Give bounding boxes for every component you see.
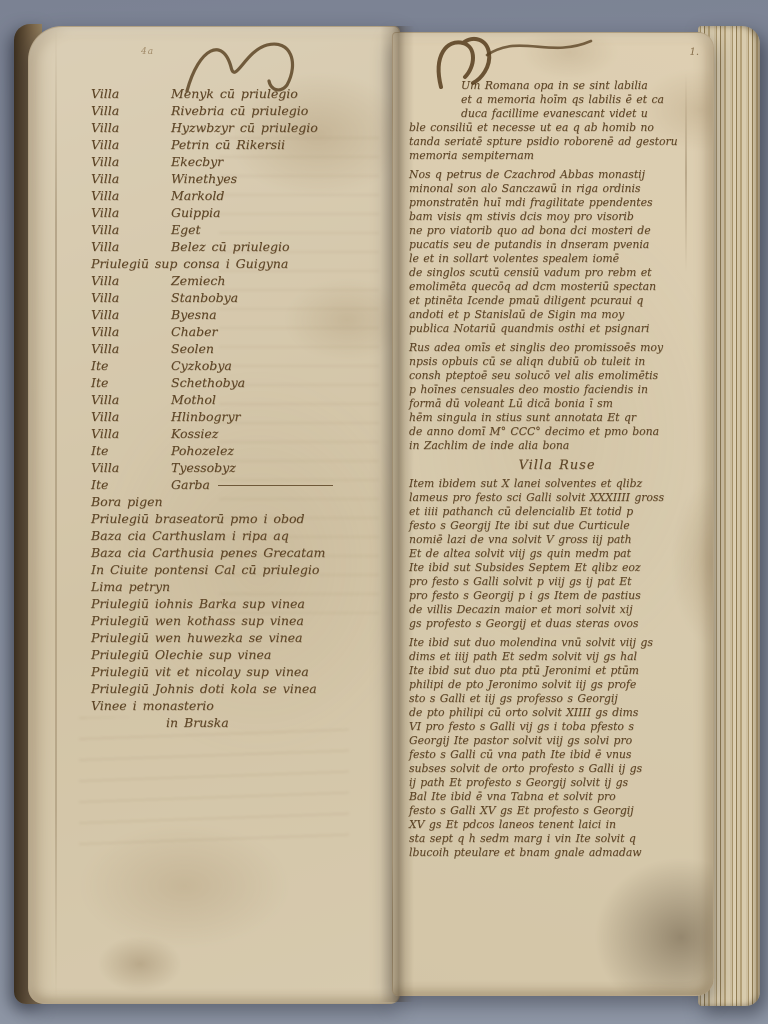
- entry-label: Villa: [91, 306, 171, 323]
- text-line: Ite ibid sut Subsides Septem Et qlibz eo…: [409, 561, 705, 575]
- text-line: publica Notariū quandmis osthi et psigna…: [409, 322, 705, 336]
- entry-name: Priulegiū wen huwezka se vinea: [91, 630, 303, 645]
- text-line: npsis opbuis cū se aliqn dubiū ob tuleit…: [409, 355, 705, 369]
- entry-name: Mothol: [171, 392, 216, 407]
- list-item: Priulegiū vit et nicolay sup vinea: [91, 663, 391, 680]
- entry-name: Belez cū priulegio: [171, 239, 290, 254]
- entry-label: Villa: [91, 340, 171, 357]
- latin-text: Um Romana opa in se sint labiliaet a mem…: [409, 79, 705, 860]
- folio-number: 1.: [689, 47, 699, 58]
- text-line: gs profesto s Georgij et duas steras ovo…: [409, 617, 705, 631]
- text-line: consh pteptoē seu solucō vel alis emolim…: [409, 369, 705, 383]
- text-line: pucatis seu de putandis in dnseram pveni…: [409, 238, 705, 252]
- list-item: VillaWinethyes: [91, 170, 391, 187]
- entry-label: Villa: [91, 221, 171, 238]
- entry-name: Hyzwbzyr cū priulegio: [171, 120, 318, 135]
- entry-name: Winethyes: [171, 171, 237, 186]
- entry-name: Priulegiū sup consa i Guigyna: [91, 256, 288, 271]
- list-item: VillaEget: [91, 221, 391, 238]
- text-line: emolimēta quecōq ad dcm mosteriū spectan: [409, 280, 705, 294]
- text-line: duca facillime evanescant videt u: [409, 107, 705, 121]
- list-item: VillaGuippia: [91, 204, 391, 221]
- text-line: et a memoria hoīm qs labilis ē et ca: [409, 93, 705, 107]
- list-item: Priulegiū wen huwezka se vinea: [91, 629, 391, 646]
- list-item: Bora pigen: [91, 493, 391, 510]
- list-item: Priulegiū Johnis doti kola se vinea: [91, 680, 391, 697]
- text-line: Villa Ruse: [409, 459, 705, 473]
- entry-name: Markold: [171, 188, 224, 203]
- list-item: VillaMothol: [91, 391, 391, 408]
- entry-name: Pohozelez: [171, 443, 234, 458]
- text-line: pro festo s Galli solvit p viij gs ij pa…: [409, 575, 705, 589]
- text-line: Item ibidem sut X lanei solventes et qli…: [409, 477, 705, 491]
- text-line: Ite ibid sut duo molendina vnū solvit vi…: [409, 636, 705, 650]
- list-item: VillaSeolen: [91, 340, 391, 357]
- list-item: Vinee i monasterio: [91, 697, 391, 714]
- text-line: Nos q petrus de Czachrod Abbas monastij: [409, 168, 705, 182]
- text-line: memoria sempiternam: [409, 149, 705, 163]
- text-line: andoti et p Stanislaū de Sigin ma moy: [409, 308, 705, 322]
- list-item: In Ciuite pontensi Cal cū priulegio: [91, 561, 391, 578]
- entry-name: Baza cia Carthuslam i ripa aq: [91, 528, 289, 543]
- entry-label: Ite: [91, 442, 171, 459]
- text-line: sto s Galli et iij gs professo s Georgij: [409, 692, 705, 706]
- entry-name: Priulegiū braseatorū pmo i obod: [91, 511, 304, 526]
- text-line: VI pro festo s Galli vij gs i toba pfest…: [409, 720, 705, 734]
- text-line: ne pro viatorib quo ad bona dci mosteri …: [409, 224, 705, 238]
- entry-label: Villa: [91, 323, 171, 340]
- text-line: Bal Ite ibid ē vna Tabna et solvit pro: [409, 790, 705, 804]
- list-item: Baza cia Carthuslam i ripa aq: [91, 527, 391, 544]
- entry-name: Seolen: [171, 341, 214, 356]
- entry-label: Villa: [91, 204, 171, 221]
- entry-label: Villa: [91, 425, 171, 442]
- entry-name: Guippia: [171, 205, 221, 220]
- entry-name: Rivebria cū priulegio: [171, 103, 308, 118]
- entry-name: Priulegiū Johnis doti kola se vinea: [91, 681, 317, 696]
- text-line: Rus adea omīs et singlis deo promissoēs …: [409, 341, 705, 355]
- text-line: Ite ibid sut duo pta ptū Jeronimi et ptū…: [409, 664, 705, 678]
- list-item: ItePohozelez: [91, 442, 391, 459]
- entry-label: Villa: [91, 85, 171, 102]
- list-item: IteSchethobya: [91, 374, 391, 391]
- list-item: in Bruska: [91, 714, 391, 731]
- list-item: Priulegiū braseatorū pmo i obod: [91, 510, 391, 527]
- entry-name: Cyzkobya: [171, 358, 232, 373]
- list-item: VillaStanbobya: [91, 289, 391, 306]
- text-line: pmonstratēn huī mdi fragilitate ppendent…: [409, 196, 705, 210]
- entry-name: Stanbobya: [171, 290, 238, 305]
- entry-name: in Bruska: [166, 715, 229, 730]
- entry-label: Villa: [91, 119, 171, 136]
- text-line: festo s Galli cū vna path Ite ibid ē vnu…: [409, 748, 705, 762]
- text-line: nomiē lazi de vna solvit V gross iij pat…: [409, 533, 705, 547]
- list-item: VillaKossiez: [91, 425, 391, 442]
- entry-name: Petrin cū Rikersii: [171, 137, 285, 152]
- entry-name: Vinee i monasterio: [91, 698, 214, 713]
- list-item: Priulegiū iohnis Barka sup vinea: [91, 595, 391, 612]
- entry-name: Ekecbyr: [171, 154, 223, 169]
- photo-backdrop: 4a VillaMenyk cū priulegio VillaRivebria…: [0, 0, 768, 1024]
- entry-name: Byesna: [171, 307, 217, 322]
- entry-name: Garba: [171, 477, 333, 492]
- text-line: bam visis qm stivis dcis moy pro visorib: [409, 210, 705, 224]
- entry-name: Kossiez: [171, 426, 218, 441]
- list-item: VillaEkecbyr: [91, 153, 391, 170]
- entry-label: Villa: [91, 391, 171, 408]
- text-line: Et de altea solvit viij gs quin medm pat: [409, 547, 705, 561]
- corner-annotation: 4a: [141, 47, 154, 57]
- entry-name: Priulegiū Olechie sup vinea: [91, 647, 271, 662]
- text-line: philipi de pto Jeronimo solvit iij gs pr…: [409, 678, 705, 692]
- list-item: VillaHyzwbzyr cū priulegio: [91, 119, 391, 136]
- entry-label: Villa: [91, 408, 171, 425]
- text-line: sta sept q h sedm marg i vin Ite solvit …: [409, 832, 705, 846]
- text-line: minonal son alo Sanczawū in riga ordinis: [409, 182, 705, 196]
- entry-label: Ite: [91, 374, 171, 391]
- manuscript-book: 4a VillaMenyk cū priulegio VillaRivebria…: [14, 18, 762, 1010]
- text-line: le et in sollart volentes spealem iomē: [409, 252, 705, 266]
- text-line: in Zachlim de inde alia bona: [409, 439, 705, 453]
- list-item: VillaByesna: [91, 306, 391, 323]
- entry-label: Villa: [91, 459, 171, 476]
- text-line: p hoīnes censuales deo mostio faciendis …: [409, 383, 705, 397]
- list-item: VillaChaber: [91, 323, 391, 340]
- entry-label: Villa: [91, 187, 171, 204]
- entry-name: Bora pigen: [91, 494, 163, 509]
- text-line: de pto philipi cū orto solvit XIIII gs d…: [409, 706, 705, 720]
- entry-label: Villa: [91, 238, 171, 255]
- text-line: de villis Decazin maior et mori solvit x…: [409, 603, 705, 617]
- text-line: dims et iiij path Et sedm solvit vij gs …: [409, 650, 705, 664]
- list-item: Lima petryn: [91, 578, 391, 595]
- list-item: VillaBelez cū priulegio: [91, 238, 391, 255]
- left-page: 4a VillaMenyk cū priulegio VillaRivebria…: [28, 26, 400, 1004]
- list-item: Baza cia Carthusia penes Grecatam: [91, 544, 391, 561]
- text-line: ble consiliū et necesse ut ea q ab homib…: [409, 121, 705, 135]
- entry-name: Zemiech: [171, 273, 225, 288]
- entry-label: Ite: [91, 476, 171, 493]
- text-line: ij path Et profesto s Georgij solvit ij …: [409, 776, 705, 790]
- list-item: VillaMenyk cū priulegio: [91, 85, 391, 102]
- entry-label: Villa: [91, 136, 171, 153]
- text-line: festo s Galli XV gs Et profesto s Georgi…: [409, 804, 705, 818]
- text-line: formā dū voleant Lū dicā bonia ī sm: [409, 397, 705, 411]
- list-item: VillaRivebria cū priulegio: [91, 102, 391, 119]
- list-item: VillaTyessobyz: [91, 459, 391, 476]
- entry-label: Ite: [91, 357, 171, 374]
- gutter-shadow: [380, 26, 414, 1002]
- text-line: hēm singula in stius sunt annotata Et qr: [409, 411, 705, 425]
- text-line: et iiii pathanch cū delencialib Et totid…: [409, 505, 705, 519]
- list-item: IteGarba: [91, 476, 391, 493]
- text-line: de anno domī M° CCC° decimo et pmo bona: [409, 425, 705, 439]
- entry-name: Priulegiū vit et nicolay sup vinea: [91, 664, 309, 679]
- entry-name: In Ciuite pontensi Cal cū priulegio: [91, 562, 319, 577]
- entry-label: Villa: [91, 170, 171, 187]
- text-line: Um Romana opa in se sint labilia: [409, 79, 705, 93]
- page-crease: [55, 27, 57, 1003]
- entry-name: Tyessobyz: [171, 460, 236, 475]
- list-item: VillaPetrin cū Rikersii: [91, 136, 391, 153]
- entry-name: Chaber: [171, 324, 217, 339]
- list-item: Priulegiū Olechie sup vinea: [91, 646, 391, 663]
- list-item: Priulegiū wen kothass sup vinea: [91, 612, 391, 629]
- list-item: Priulegiū sup consa i Guigyna: [91, 255, 391, 272]
- entry-name: Menyk cū priulegio: [171, 86, 298, 101]
- text-line: Georgij Ite pastor solvit viij gs solvi …: [409, 734, 705, 748]
- list-item: VillaMarkold: [91, 187, 391, 204]
- text-line: de singlos scutū censiū vadum pro rebm e…: [409, 266, 705, 280]
- list-item: VillaZemiech: [91, 272, 391, 289]
- entry-label: Villa: [91, 153, 171, 170]
- text-line: XV gs Et pdcos laneos tenent laici in: [409, 818, 705, 832]
- text-line: lameus pro festo sci Galli solvit XXXIII…: [409, 491, 705, 505]
- text-line: pro festo s Georgij p i gs Item de pasti…: [409, 589, 705, 603]
- entry-label: Villa: [91, 102, 171, 119]
- text-line: festo s Georgij Ite ibi sut due Curticul…: [409, 519, 705, 533]
- entry-name: Eget: [171, 222, 201, 237]
- entry-name: Priulegiū iohnis Barka sup vinea: [91, 596, 305, 611]
- list-item: IteCyzkobya: [91, 357, 391, 374]
- entry-name: Baza cia Carthusia penes Grecatam: [91, 545, 325, 560]
- entry-name: Hlinbogryr: [171, 409, 241, 424]
- villa-list: VillaMenyk cū priulegio VillaRivebria cū…: [91, 85, 391, 731]
- ink-bleedthrough: [79, 717, 349, 847]
- text-line: lbucoih pteulare et bnam gnale admadaw: [409, 846, 705, 860]
- entry-label: Villa: [91, 289, 171, 306]
- list-item: VillaHlinbogryr: [91, 408, 391, 425]
- entry-label: Villa: [91, 272, 171, 289]
- entry-name: Schethobya: [171, 375, 245, 390]
- text-line: tanda seriatē spture psidio roborenē ad …: [409, 135, 705, 149]
- entry-name: Lima petryn: [91, 579, 170, 594]
- text-line: subses solvit de orto profesto s Galli i…: [409, 762, 705, 776]
- entry-name: Priulegiū wen kothass sup vinea: [91, 613, 304, 628]
- right-page: 1. Um Romana opa in se sint labiliaet a …: [392, 32, 714, 996]
- text-line: et ptinēta Icende pmaū diligent pcuraui …: [409, 294, 705, 308]
